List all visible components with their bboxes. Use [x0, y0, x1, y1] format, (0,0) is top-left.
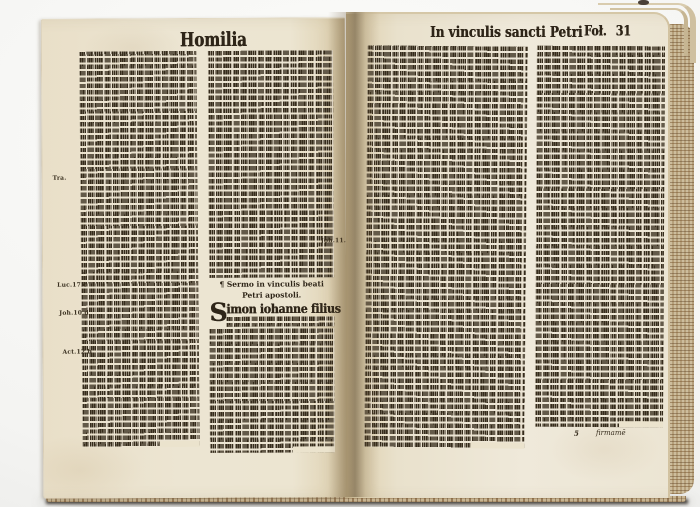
drop-cap-initial: S: [209, 302, 226, 328]
text-column-right-1: [364, 45, 528, 448]
margin-note: Act.12.b: [62, 349, 91, 356]
photo-backdrop: Homilia ¶ Sermo in vinculis beati Petri …: [0, 0, 700, 507]
running-title-right: In vinculis sancti Petri: [430, 23, 582, 41]
catchword-row: 5 firmamē: [536, 429, 664, 439]
running-title-left: Homilia: [180, 28, 247, 52]
left-page: Homilia ¶ Sermo in vinculis beati Petri …: [41, 17, 348, 499]
corner-curl-inner: [610, 8, 688, 56]
top-edge-speck: [638, 0, 649, 5]
signature-mark: 5: [574, 429, 579, 438]
text-block: [209, 328, 335, 453]
rubric-line-1: ¶ Sermo in vinculis beati: [209, 279, 334, 289]
text-column-left-1: [79, 51, 199, 448]
text-column-left-2: ¶ Sermo in vinculis beati Petri apostoli…: [208, 50, 335, 447]
fore-edge-speckled: [668, 24, 694, 494]
margin-note: Joh.10.d: [59, 310, 89, 317]
section-heading-text: imon iohanne filius: [226, 301, 334, 317]
catchword: firmamē: [596, 429, 626, 437]
text-column-right-2: [535, 46, 665, 428]
rubric-line-2: Petri apostoli.: [209, 290, 334, 300]
section-heading-row: S imon iohanne filius: [209, 301, 334, 328]
section-heading: imon iohanne filius: [226, 301, 334, 328]
margin-note: Luc.17.c: [57, 282, 87, 289]
margin-note: Tra.: [53, 175, 67, 182]
right-page: In vinculis sancti Petri Foł.31 5 firmam…: [346, 12, 670, 498]
text-block: [208, 50, 334, 278]
text-block: [226, 316, 334, 327]
